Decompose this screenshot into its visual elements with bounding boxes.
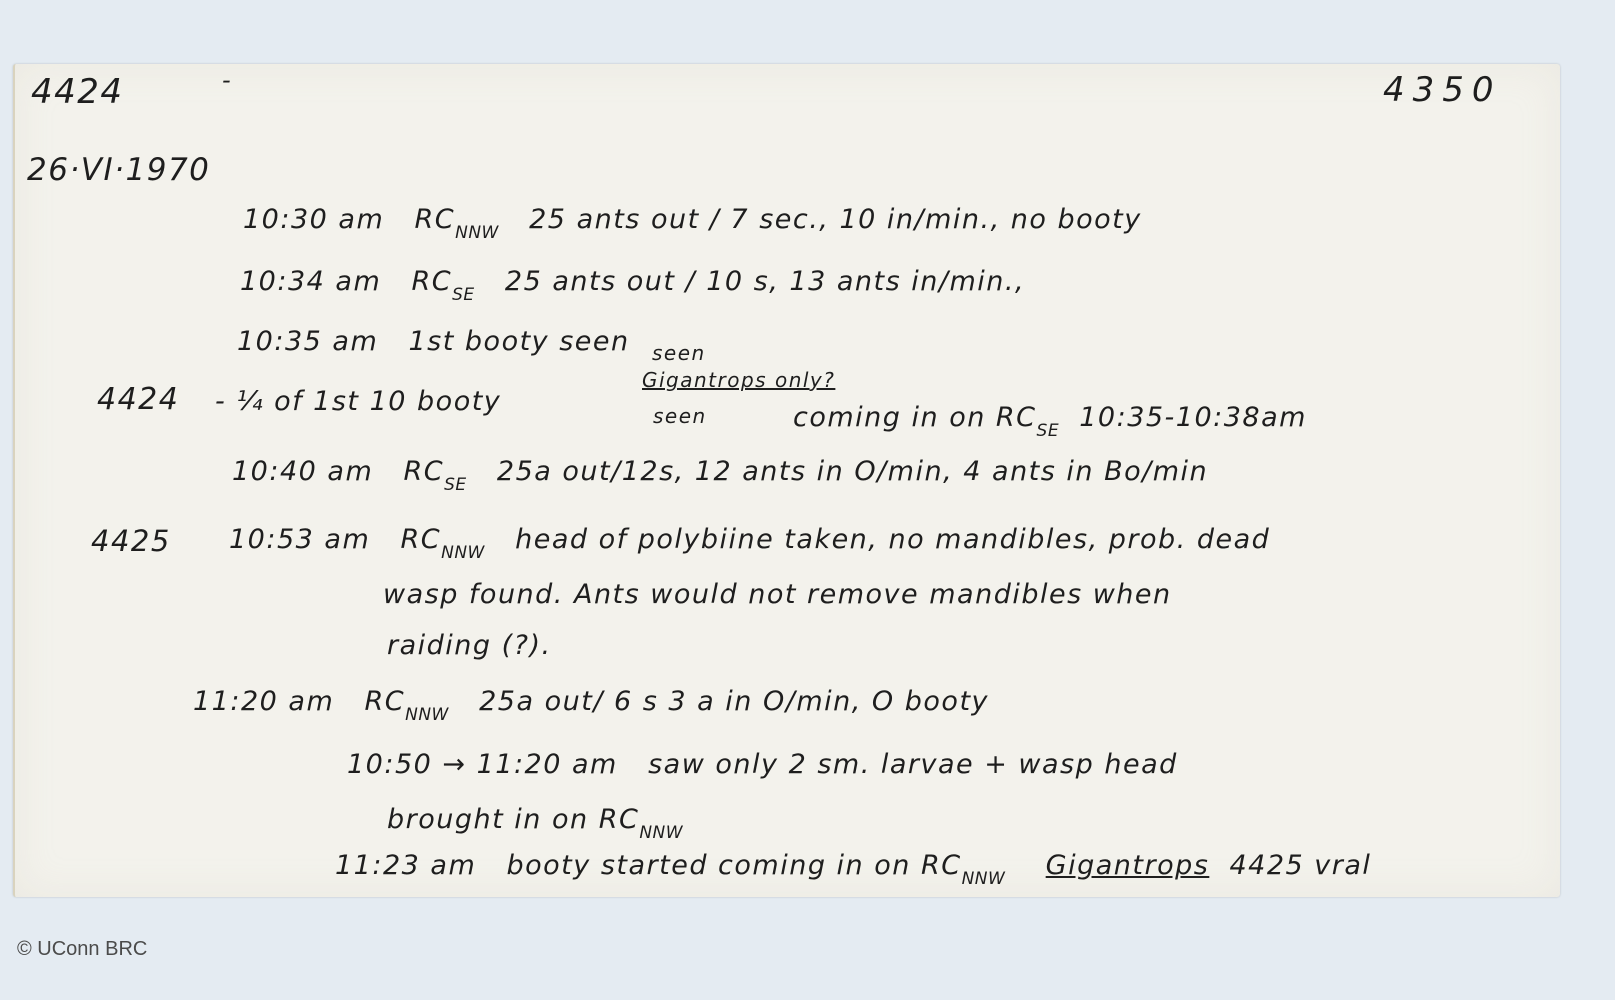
entry-continuation: wasp found. Ants would not remove mandib… (383, 579, 1172, 610)
insert-seen-top: seen (652, 341, 706, 365)
entry-site: RC (412, 266, 453, 297)
entry-time: 10:34 am (240, 266, 381, 297)
entry-time: 10:50 → 11:20 am (347, 749, 618, 780)
entry-text: 1st booty seen (409, 326, 630, 357)
entry-site-dir: SE (444, 475, 467, 495)
entry-time: 11:23 am (335, 850, 476, 881)
date: 26·VI·1970 (27, 152, 210, 188)
entry-tail: 4425 vral (1229, 850, 1371, 881)
entry-site-dir: NNW (405, 705, 449, 725)
entry-text: 25 ants out / 10 s, 13 ants in/min., (505, 266, 1025, 297)
entry-line: 10:50 → 11:20 am saw only 2 sm. larvae +… (347, 749, 1178, 780)
entry-text: 25 ants out / 7 sec., 10 in/min., no boo… (529, 204, 1142, 235)
specimen-note-card: 4424 - 4350 26·VI·1970 10:30 am RCNNW 25… (13, 64, 1560, 897)
insert-seen: seen (653, 404, 707, 428)
entry-time: 10:40 am (232, 456, 373, 487)
entry-line: 10:35 am 1st booty seen (237, 326, 630, 357)
entry-site-dir: NNW (441, 543, 485, 563)
entry-text: booty started coming in on RC (507, 850, 962, 881)
entry-site-dir: NNW (455, 223, 499, 243)
entry-continuation: raiding (?). (387, 630, 552, 661)
entry-continuation: brought in on RCNNW (387, 804, 683, 843)
entry-site: RC (415, 204, 456, 235)
entry-time: 11:20 am (193, 686, 334, 717)
entry-line: 10:53 am RCNNW head of polybiine taken, … (229, 524, 1270, 563)
species-name: Gigantrops (1046, 850, 1210, 881)
copyright-notice: © UConn BRC (17, 938, 147, 961)
entry-text: head of polybiine taken, no mandibles, p… (515, 524, 1270, 555)
entry-text: - ¼ of 1st 10 booty (215, 386, 501, 417)
margin-number: 4425 (91, 524, 171, 558)
entry-time-range: 10:35-10:38am (1079, 402, 1307, 433)
entry-text: coming in on RC (793, 402, 1037, 433)
entry-site: RC (404, 456, 445, 487)
entry-line: 11:23 am booty started coming in on RCNN… (335, 850, 1371, 889)
entry-site-dir: SE (1037, 421, 1060, 441)
entry-site: RC (365, 686, 406, 717)
entry-site-dir: NNW (639, 823, 683, 843)
margin-number: 4424 (97, 382, 179, 417)
entry-text: saw only 2 sm. larvae + wasp head (648, 749, 1178, 780)
entry-time: 10:30 am (243, 204, 384, 235)
entry-site-dir: NNW (962, 869, 1006, 889)
entry-line: 11:20 am RCNNW 25a out/ 6 s 3 a in O/min… (193, 686, 989, 725)
entry-site-dir: SE (452, 285, 475, 305)
entry-text: 25a out/12s, 12 ants in O/min, 4 ants in… (497, 456, 1208, 487)
entry-line: 10:40 am RCSE 25a out/12s, 12 ants in O/… (232, 456, 1208, 495)
entry-line: coming in on RCSE 10:35-10:38am (793, 402, 1307, 441)
entry-time: 10:35 am (237, 326, 378, 357)
entry-time: 10:53 am (229, 524, 370, 555)
card-number-right: 4350 (1383, 70, 1502, 110)
entry-line: 10:30 am RCNNW 25 ants out / 7 sec., 10 … (243, 204, 1142, 243)
card-number-left: 4424 (31, 72, 124, 112)
card-dash: - (222, 66, 232, 94)
entry-line: 10:34 am RCSE 25 ants out / 10 s, 13 ant… (240, 266, 1025, 305)
insert-gigantrops: Gigantrops only? (642, 368, 835, 392)
entry-text: brought in on RC (387, 804, 639, 835)
entry-text: 25a out/ 6 s 3 a in O/min, O booty (479, 686, 989, 717)
entry-site: RC (401, 524, 442, 555)
